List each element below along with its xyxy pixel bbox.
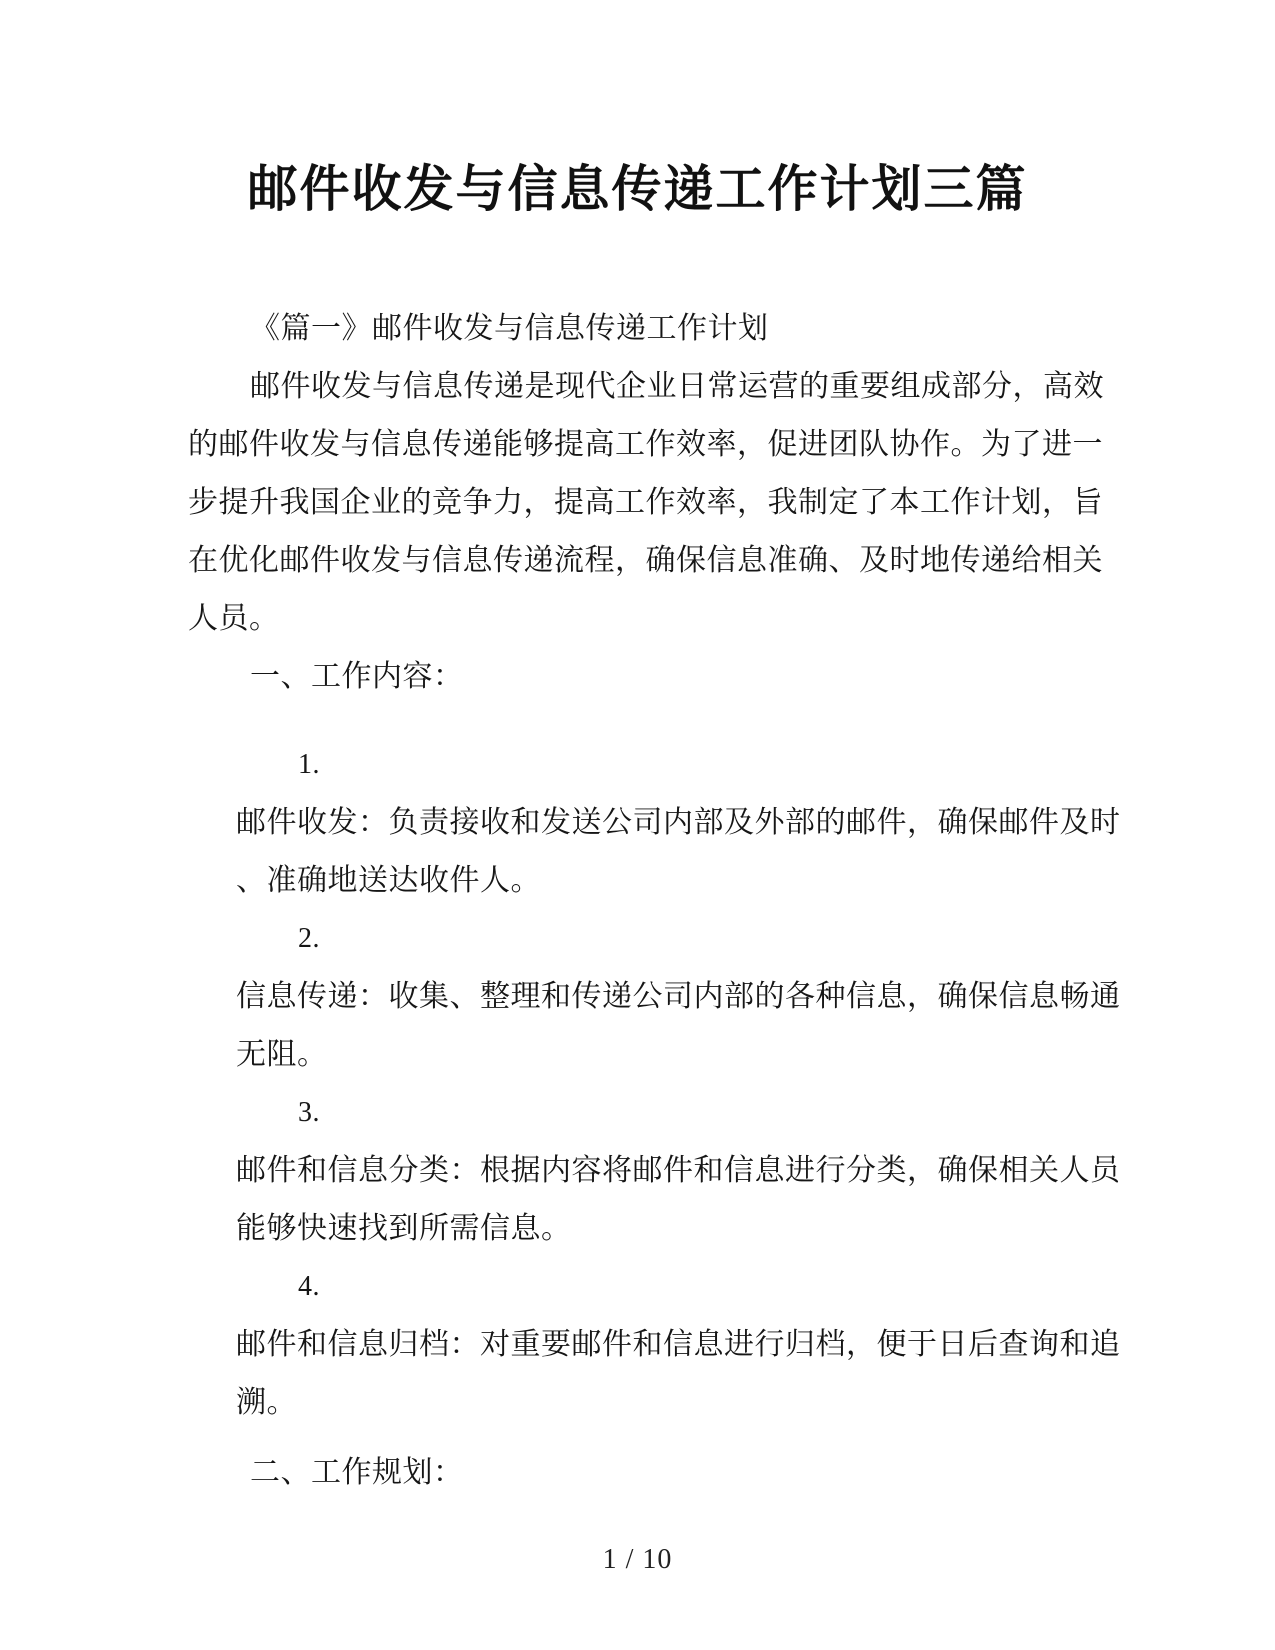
list-item: 2. 信息传递：收集、整理和传递公司内部的各种信息，确保信息畅通 无阻。 bbox=[236, 910, 1105, 1084]
document-body: 《篇一》邮件收发与信息传递工作计划 邮件收发与信息传递是现代企业日常运营的重要组… bbox=[188, 300, 1105, 1502]
list-item: 3. 邮件和信息分类：根据内容将邮件和信息进行分类，确保相关人员 能够快速找到所… bbox=[236, 1084, 1105, 1258]
list-item: 4. 邮件和信息归档：对重要邮件和信息进行归档，便于日后查询和追 溯。 bbox=[236, 1258, 1105, 1432]
list-item: 1. 邮件收发：负责接收和发送公司内部及外部的邮件，确保邮件及时 、准确地送达收… bbox=[236, 736, 1105, 910]
list-item-text: 信息传递：收集、整理和传递公司内部的各种信息，确保信息畅通 bbox=[236, 968, 1105, 1026]
list-item-text: 、准确地送达收件人。 bbox=[236, 852, 1105, 910]
paragraph-line: 人员。 bbox=[188, 590, 1105, 648]
paragraph-line: 的邮件收发与信息传递能够提高工作效率，促进团队协作。为了进一 bbox=[188, 416, 1105, 474]
list-item-number: 4. bbox=[236, 1258, 1105, 1316]
list-item-number: 1. bbox=[236, 736, 1105, 794]
list-item-text: 能够快速找到所需信息。 bbox=[236, 1200, 1105, 1258]
paragraph-line: 步提升我国企业的竞争力，提高工作效率，我制定了本工作计划，旨 bbox=[188, 474, 1105, 532]
list-item-number: 2. bbox=[236, 910, 1105, 968]
list-item-text: 邮件和信息归档：对重要邮件和信息进行归档，便于日后查询和追 bbox=[236, 1316, 1105, 1374]
page-footer: 1 / 10 bbox=[0, 1540, 1275, 1580]
section-heading-1: 一、工作内容： bbox=[188, 648, 1105, 706]
document-page: 邮件收发与信息传递工作计划三篇 《篇一》邮件收发与信息传递工作计划 邮件收发与信… bbox=[0, 0, 1275, 1650]
list-item-number: 3. bbox=[236, 1084, 1105, 1142]
list-item-text: 无阻。 bbox=[236, 1026, 1105, 1084]
numbered-list: 1. 邮件收发：负责接收和发送公司内部及外部的邮件，确保邮件及时 、准确地送达收… bbox=[188, 736, 1105, 1432]
intro-paragraph: 邮件收发与信息传递是现代企业日常运营的重要组成部分，高效 的邮件收发与信息传递能… bbox=[188, 358, 1105, 648]
paragraph-line: 邮件收发与信息传递是现代企业日常运营的重要组成部分，高效 bbox=[188, 358, 1105, 416]
document-title: 邮件收发与信息传递工作计划三篇 bbox=[0, 0, 1275, 226]
list-item-text: 邮件收发：负责接收和发送公司内部及外部的邮件，确保邮件及时 bbox=[236, 794, 1105, 852]
section-heading-2: 二、工作规划： bbox=[188, 1444, 1105, 1502]
list-item-text: 溯。 bbox=[236, 1374, 1105, 1432]
list-item-text: 邮件和信息分类：根据内容将邮件和信息进行分类，确保相关人员 bbox=[236, 1142, 1105, 1200]
page-number: 1 / 10 bbox=[603, 1544, 673, 1575]
section-subtitle: 《篇一》邮件收发与信息传递工作计划 bbox=[188, 300, 1105, 358]
paragraph-line: 在优化邮件收发与信息传递流程，确保信息准确、及时地传递给相关 bbox=[188, 532, 1105, 590]
